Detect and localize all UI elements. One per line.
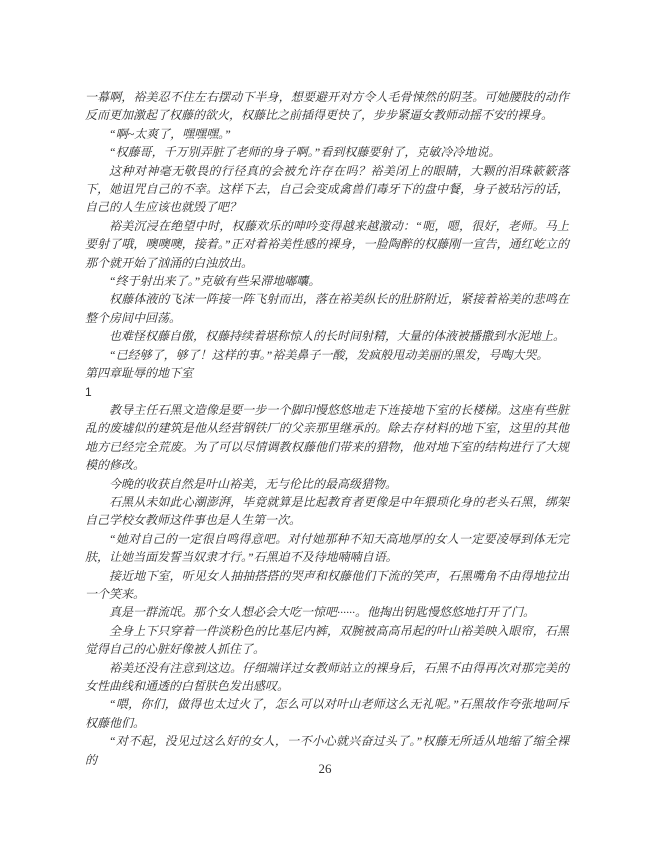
paragraph: “啊~太爽了，嘿嘿嘿。”	[85, 125, 569, 143]
paragraph: 真是一群流氓。那个女人想必会大吃一惊吧······。他掏出钥匙慢悠悠地打开了门。	[85, 603, 569, 621]
paragraph: “喂，你们，做得也太过火了，怎么可以对叶山老师这么无礼呢。”石黑故作夸张地呵斥权…	[85, 695, 569, 732]
paragraph: “终于射出来了。”克敏有些呆滞地嘟囔。	[85, 272, 569, 290]
paragraph: 裕美沉浸在绝望中时，权藤欢乐的呻吟变得越来越激动：“呃，嗯，很好，老师。马上要射…	[85, 217, 569, 272]
paragraph: 教导主任石黑文造像是要一步一个脚印慢悠悠地走下连接地下室的长楼梯。这座有些脏乱的…	[85, 401, 569, 475]
document-page: 一幕啊，裕美忍不住左右摆动下半身，想要避开对方令人毛骨悚然的阴茎。可她腰肢的动作…	[0, 0, 650, 850]
paragraph: 今晚的收获自然是叶山裕美，无与伦比的最高级猎物。	[85, 475, 569, 493]
section-number: 1	[85, 383, 569, 401]
paragraph: 一幕啊，裕美忍不住左右摆动下半身，想要避开对方令人毛骨悚然的阴茎。可她腰肢的动作…	[85, 88, 569, 125]
paragraph: “权藤哥，千万别弄脏了老师的身子啊。”看到权藤要射了，克敏冷冷地说。	[85, 143, 569, 161]
page-number: 26	[0, 761, 650, 777]
paragraph: “已经够了，够了！这样的事。”裕美鼻子一酸，发疯般甩动美丽的黑发，号啕大哭。	[85, 346, 569, 364]
paragraph: 也难怪权藤自傲，权藤持续着堪称惊人的长时间射精，大量的体液被播撒到水泥地上。	[85, 327, 569, 345]
paragraph: 接近地下室，听见女人抽抽搭搭的哭声和权藤他们下流的笑声，石黑嘴角不由得地拉出一个…	[85, 567, 569, 604]
document-body: 一幕啊，裕美忍不住左右摆动下半身，想要避开对方令人毛骨悚然的阴茎。可她腰肢的动作…	[85, 88, 569, 769]
paragraph: 石黑从未如此心潮澎湃，毕竟就算是比起教育者更像是中年猥琐化身的老头石黑，绑架自己…	[85, 493, 569, 530]
paragraph: 权藤体液的飞沫一阵接一阵飞射而出，落在裕美纵长的肚脐附近，紧接着裕美的悲鸣在整个…	[85, 290, 569, 327]
paragraph: “她对自己的一定很自鸣得意吧。对付她那种不知天高地厚的女人一定要凌辱到体无完肤，…	[85, 530, 569, 567]
paragraph: 这种对神毫无敬畏的行径真的会被允许存在吗？裕美闭上的眼睛，大颗的泪珠簌簌落下，她…	[85, 162, 569, 217]
chapter-heading: 第四章耻辱的地下室	[85, 364, 569, 382]
paragraph: 裕美还没有注意到这边。仔细端详过女教师站立的裸身后，石黑不由得再次对那完美的女性…	[85, 659, 569, 696]
paragraph: 全身上下只穿着一件淡粉色的比基尼内裤，双腕被高高吊起的叶山裕美映入眼帘，石黑觉得…	[85, 622, 569, 659]
